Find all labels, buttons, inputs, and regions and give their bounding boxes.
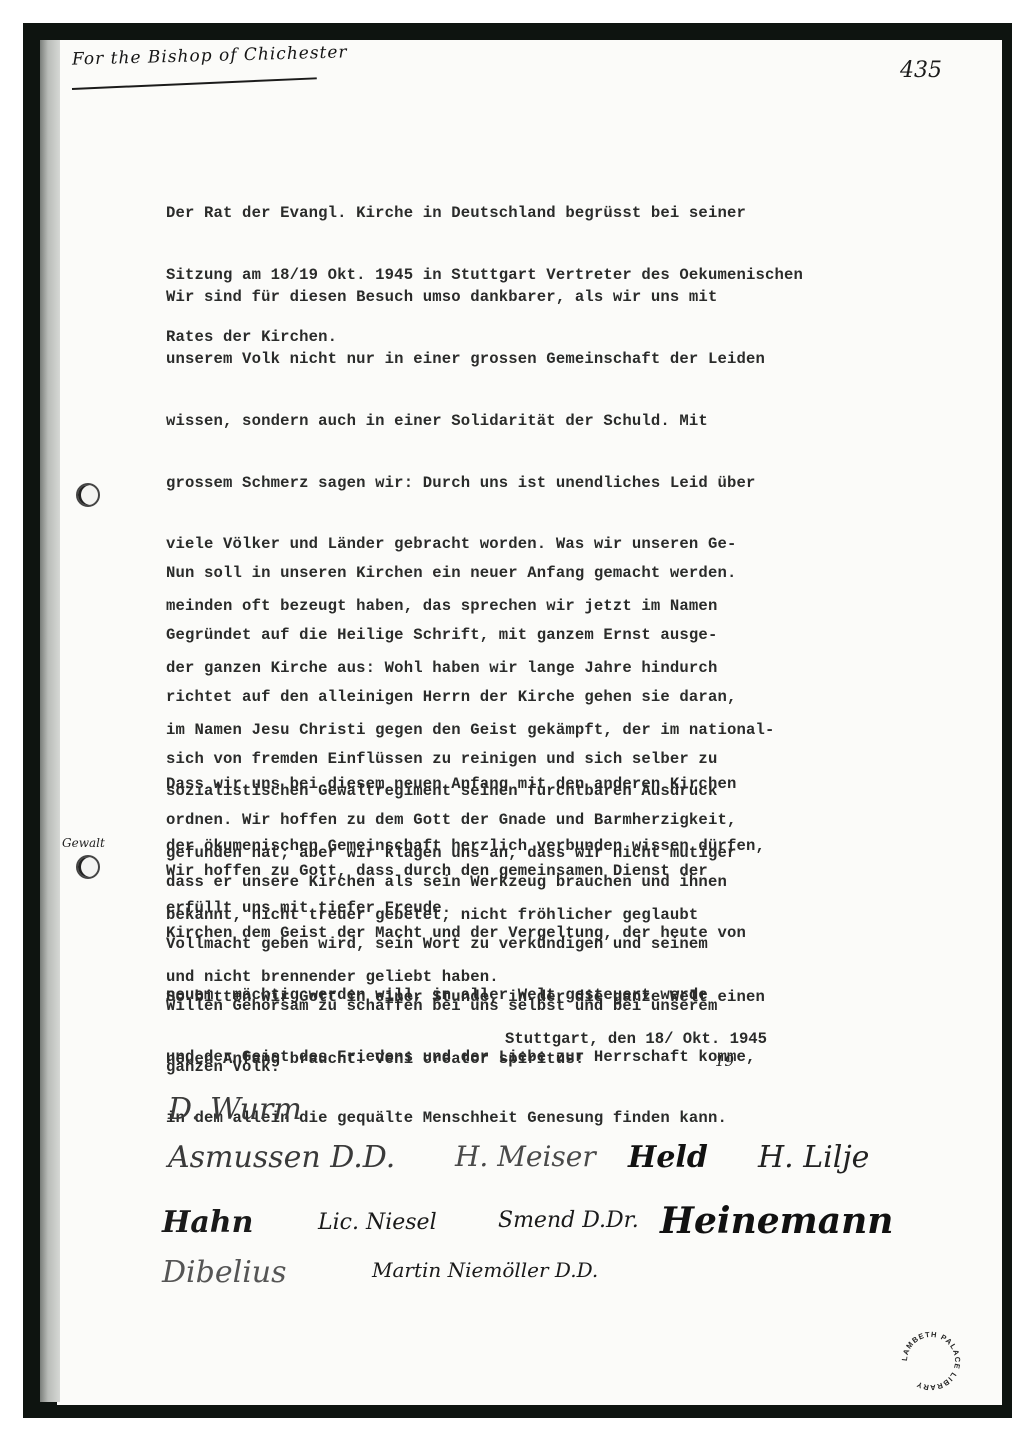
library-stamp: LAMBETH PALACE LIBRARY — [898, 1328, 964, 1394]
text-line: richtet auf den alleinigen Herrn der Kir… — [166, 687, 966, 708]
text-line: Kirchen dem Geist der Macht und der Verg… — [166, 923, 966, 944]
text-line: Nun soll in unseren Kirchen ein neuer An… — [166, 563, 966, 584]
text-line: Der Rat der Evangl. Kirche in Deutschlan… — [166, 203, 966, 224]
text-line: Dass wir uns bei diesem neuen Anfang mit… — [166, 774, 966, 795]
text-line: Wir hoffen zu Gott, dass durch den gemei… — [166, 861, 966, 882]
text-line: grossem Schmerz sagen wir: Durch uns ist… — [166, 473, 966, 494]
signature-meiser: H. Meiser — [455, 1140, 596, 1173]
punch-hole-lower — [76, 855, 100, 879]
signature-niesel: Lic. Niesel — [318, 1210, 437, 1235]
punch-hole-upper — [76, 483, 100, 507]
text-line: Gegründet auf die Heilige Schrift, mit g… — [166, 625, 966, 646]
svg-text:LAMBETH PALACE LIBRARY: LAMBETH PALACE LIBRARY — [900, 1330, 962, 1392]
paragraph-6: So bitten wir Gott in einer Stunde, in d… — [166, 946, 966, 1090]
text-line: Wir sind für diesen Besuch umso dankbare… — [166, 287, 966, 308]
folio-number: 435 — [900, 58, 942, 83]
date-handwritten-correction: 19 — [715, 1052, 734, 1070]
place-date-line: Stuttgart, den 18/ Okt. 1945 — [505, 1030, 767, 1048]
text-line: wissen, sondern auch in einer Solidaritä… — [166, 411, 966, 432]
page-left-edge-shadow — [40, 40, 60, 1402]
signature-wurm: D. Wurm — [168, 1092, 302, 1127]
signature-held: Held — [628, 1140, 708, 1175]
signature-dibelius: Dibelius — [162, 1255, 287, 1290]
stamp-text: LAMBETH PALACE LIBRARY — [900, 1330, 962, 1392]
stamp-ring-icon: LAMBETH PALACE LIBRARY — [898, 1328, 964, 1394]
margin-annotation: Gewalt — [62, 836, 105, 850]
signature-lilje: H. Lilje — [758, 1140, 869, 1175]
text-line: neuen Anfang braucht: Veni creator spiri… — [166, 1049, 966, 1070]
signature-smend: Smend D.Dr. — [498, 1208, 639, 1233]
signature-heinemann: Heinemann — [660, 1200, 893, 1242]
signature-asmussen: Asmussen D.D. — [168, 1140, 395, 1175]
text-line: So bitten wir Gott in einer Stunde, in d… — [166, 987, 966, 1008]
signature-niemoeller: Martin Niemöller D.D. — [372, 1258, 598, 1282]
signature-hahn: Hahn — [162, 1205, 253, 1240]
text-line: unserem Volk nicht nur in einer grossen … — [166, 349, 966, 370]
